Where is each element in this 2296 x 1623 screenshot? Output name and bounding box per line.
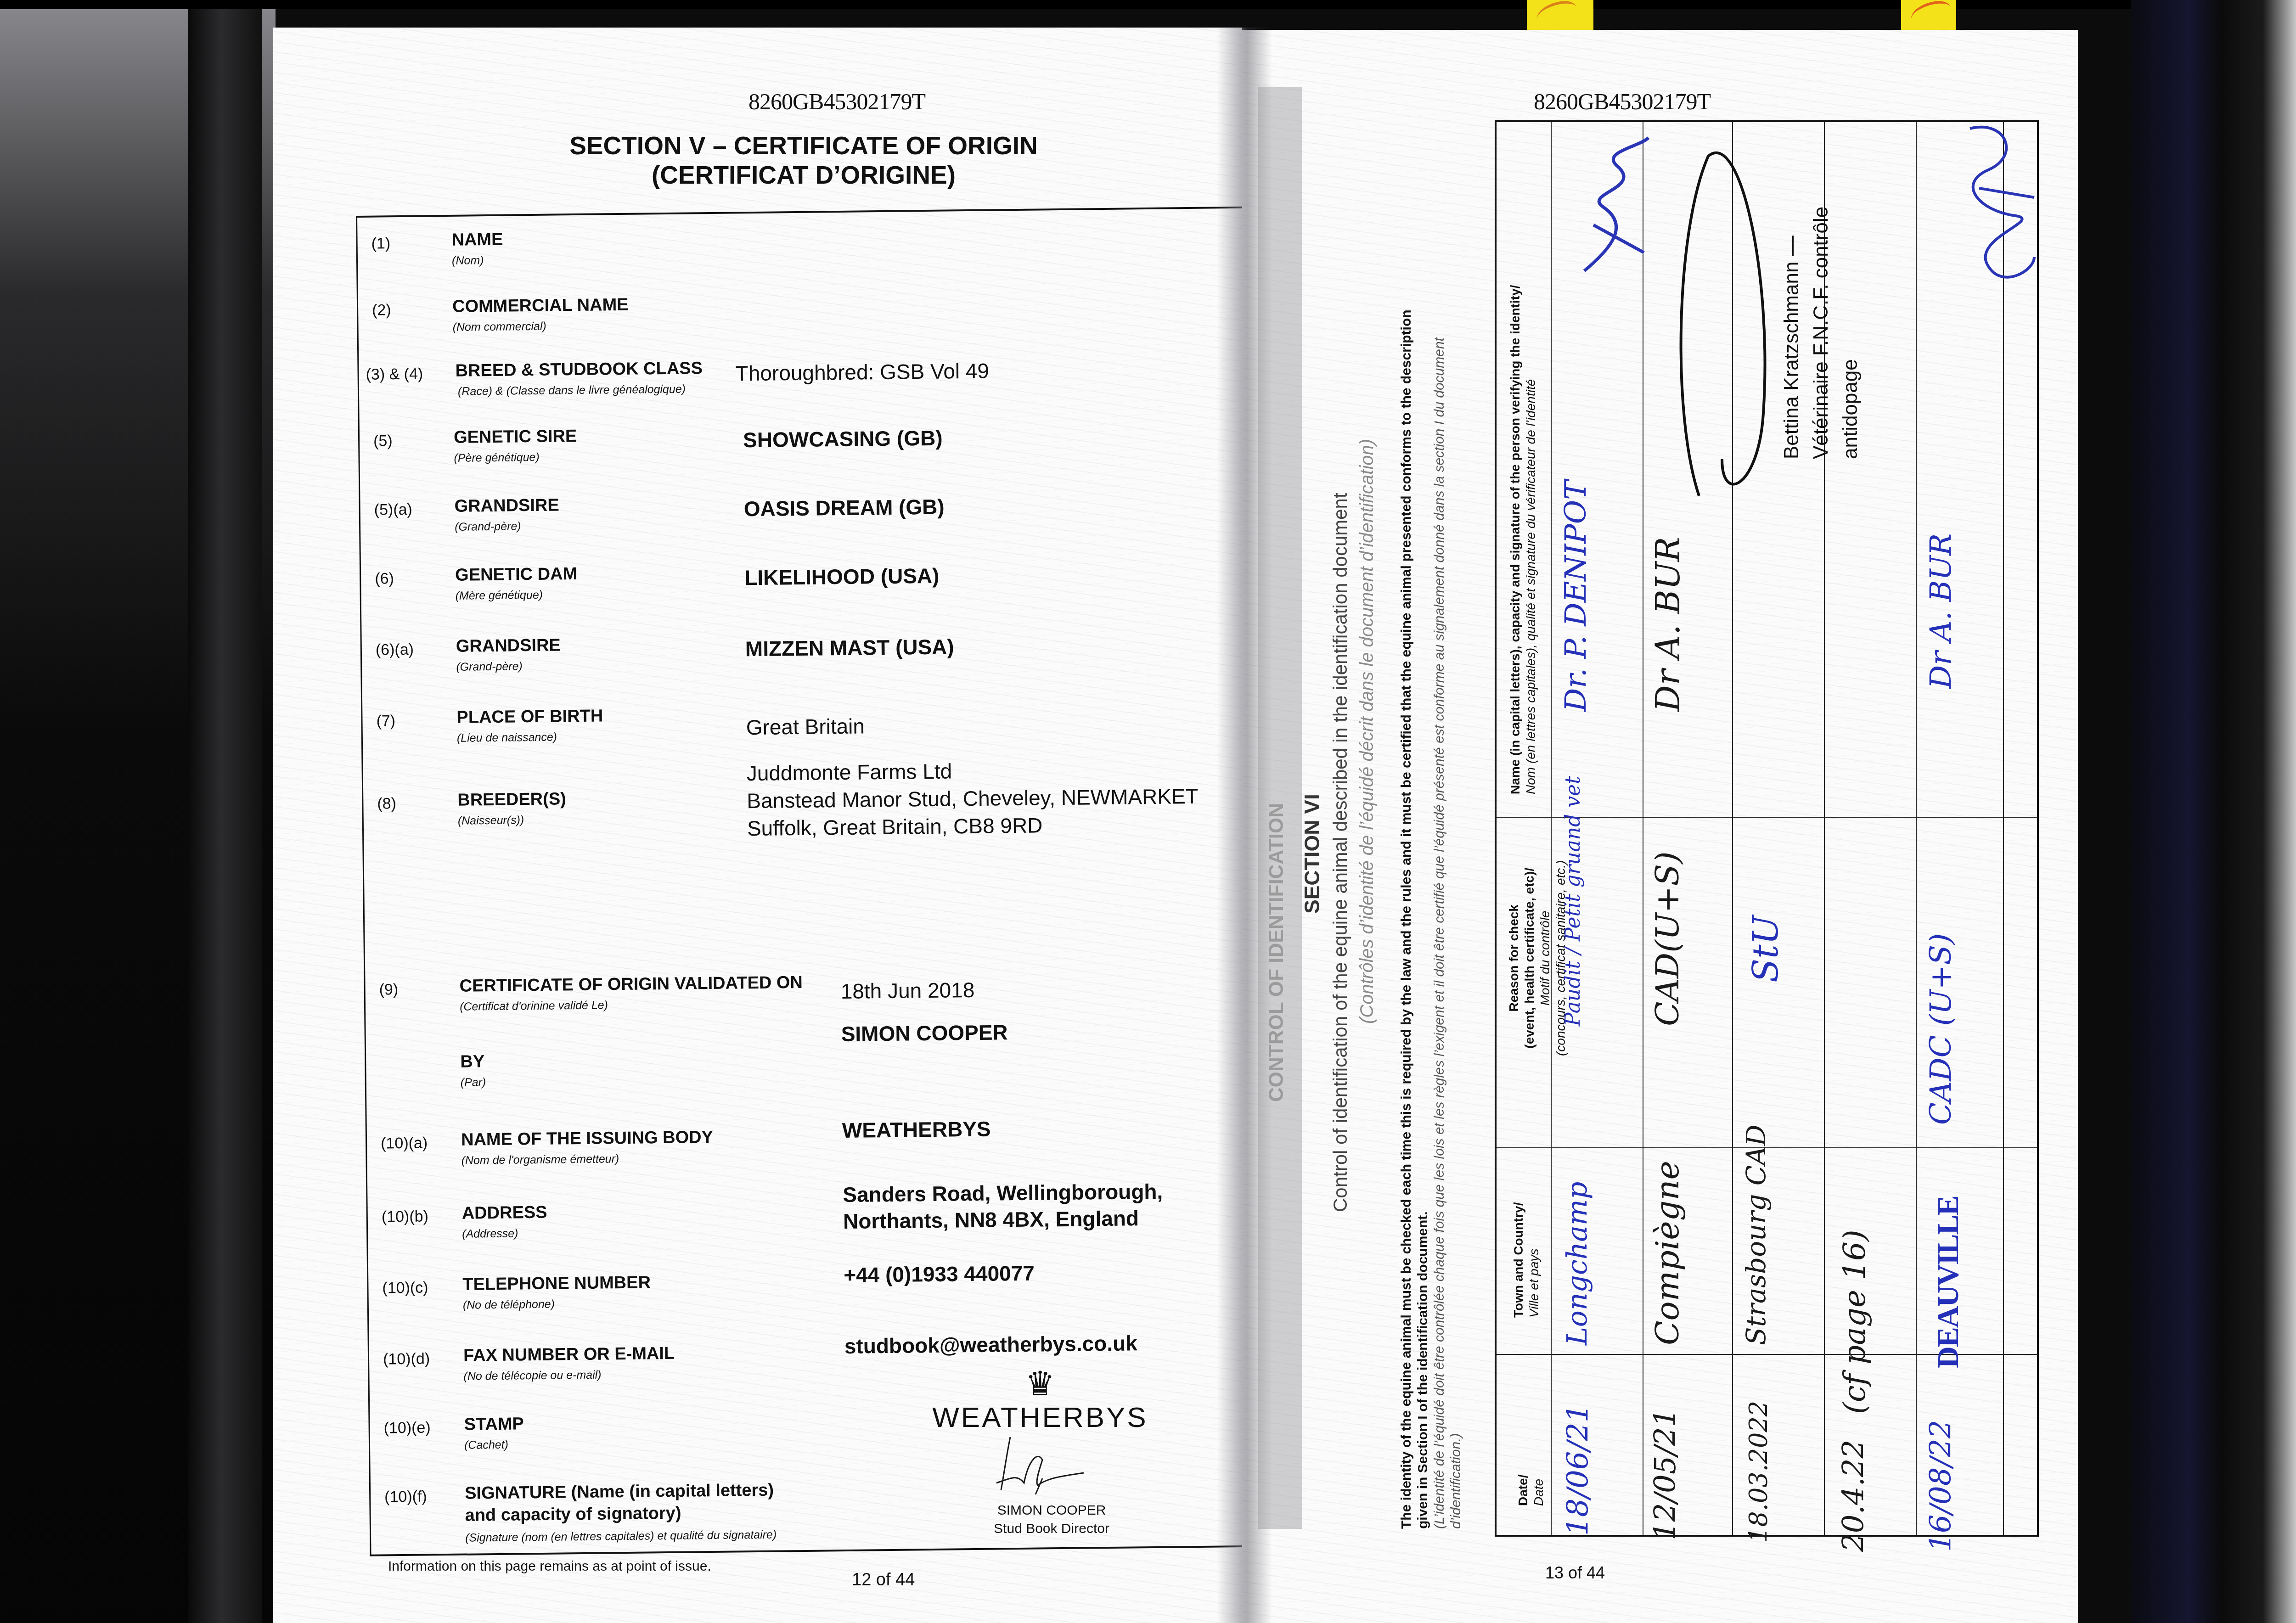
row5-signature: [1952, 119, 2043, 294]
field-genetic-dam: (6) GENETIC DAM (Mère génétique) LIKELIH…: [361, 557, 1256, 567]
header-reason: Reason for check (event, health certific…: [1506, 860, 1569, 1056]
page-number-right: 13 of 44: [1545, 1563, 1605, 1583]
row2-town: Compiègne: [1649, 1161, 1686, 1345]
page-number-left: 12 of 44: [852, 1570, 915, 1590]
row2-name: Dr A. BUR: [1649, 537, 1687, 712]
control-title: Control of identification of the equine …: [1329, 493, 1351, 1212]
certificate-of-origin-form: (1) NAME (Nom) (2) COMMERCIAL NAME (Nom …: [356, 207, 1265, 1556]
row2-date: 12/05/21: [1649, 1409, 1683, 1540]
weatherbys-stamp: ♛ WEATHERBYS: [932, 1366, 1148, 1434]
field-breeders: (8) BREEDER(S) (Naisseur(s)) Juddmonte F…: [363, 782, 1259, 791]
handwritten-signature: [992, 1432, 1088, 1497]
control-instructions: The identity of the equine animal must b…: [1398, 309, 1464, 1529]
field-breed-studbook: (3) & (4) BREED & STUDBOOK CLASS (Race) …: [359, 353, 1254, 362]
passport-id-number: 8260GB45302179T: [1534, 88, 1711, 115]
row5-reason: CADC (U+S): [1924, 933, 1958, 1125]
field-telephone: (10)(c) TELEPHONE NUMBER (No de téléphon…: [368, 1266, 1264, 1275]
passport-cover-edge: [2131, 0, 2296, 1623]
sticky-note-tab: [1901, 0, 1956, 32]
control-title-fr: (Contrôles d’identité de l’équidé décrit…: [1357, 439, 1378, 1024]
ghost-section-header: CONTROL OF IDENTIFICATION: [1265, 803, 1288, 1102]
field-name: (1) NAME (Nom): [357, 222, 1253, 231]
row4-town: (cf page 16): [1837, 1230, 1872, 1414]
row3-date: 18.03.2022: [1745, 1401, 1773, 1543]
row1-signature: [1575, 133, 1658, 280]
passport-id-number: 8260GB45302179T: [748, 88, 925, 115]
row1-reason: Paudit / Petit gruand vet: [1561, 776, 1585, 1026]
row1-town: Longchamp: [1561, 1182, 1593, 1345]
header-date: Date/ Date: [1515, 1475, 1547, 1506]
field-genetic-sire: (5) GENETIC SIRE (Père génétique) SHOWCA…: [360, 420, 1255, 429]
row3-town: Strasbourg CAD: [1740, 1124, 1772, 1345]
row3-vet-stamp: Bettina Kratzschmann — Vétérinaire F.N.C…: [1777, 147, 1865, 459]
field-email: (10)(d) FAX NUMBER OR E-MAIL (No de télé…: [369, 1337, 1265, 1347]
row5-name: Dr A. BUR: [1924, 534, 1958, 689]
crown-crest-icon: ♛: [932, 1366, 1148, 1402]
header-town-country: Town and Country/ Ville et pays: [1511, 1202, 1542, 1318]
signatory-block: SIMON COOPER Stud Book Director: [964, 1501, 1139, 1538]
row1-name: Dr. P. DENIPOT: [1559, 480, 1593, 712]
page-footnote: Information on this page remains as at p…: [388, 1559, 711, 1574]
field-commercial-name: (2) COMMERCIAL NAME (Nom commercial): [358, 289, 1254, 298]
field-issuing-body: (10)(a) NAME OF THE ISSUING BODY (Nom de…: [367, 1122, 1262, 1131]
passport-spine-edge: [188, 0, 262, 1623]
section-vi-label: SECTION VI: [1300, 794, 1324, 914]
field-validated-by: BY (Par) SIMON COOPER: [366, 1044, 1261, 1053]
field-validated-on: (9) CERTIFICATE OF ORIGIN VALIDATED ON (…: [365, 968, 1261, 977]
row2-signature-loop: [1671, 138, 1782, 505]
field-grandsire-dam-side: (6)(a) GRANDSIRE (Grand-père) MIZZEN MAS…: [362, 628, 1257, 637]
row3-reason: StU: [1745, 915, 1786, 983]
field-address: (10)(b) ADDRESS (Addresse) Sanders Road,…: [368, 1195, 1263, 1204]
sticky-note-tab: [1527, 0, 1593, 32]
row5-town: DEAUVILLE: [1931, 1196, 1966, 1368]
row5-date: 16/08/22: [1924, 1420, 1958, 1552]
row1-date: 18/06/21: [1561, 1404, 1595, 1536]
section-title: SECTION V – CERTIFICATE OF ORIGIN (CERTI…: [491, 131, 1116, 190]
row4-date: 20.4.22: [1837, 1440, 1871, 1552]
field-place-of-birth: (7) PLACE OF BIRTH (Lieu de naissance) G…: [362, 699, 1258, 708]
row2-reason: CAD(U+S): [1649, 852, 1686, 1026]
header-name-signature: Name (in capital letters), capacity and …: [1508, 285, 1539, 794]
field-grandsire-sire-side: (5)(a) GRANDSIRE (Grand-père) OASIS DREA…: [360, 489, 1255, 498]
field-signature: (10)(f) SIGNATURE (Name (in capital lett…: [371, 1475, 1266, 1484]
